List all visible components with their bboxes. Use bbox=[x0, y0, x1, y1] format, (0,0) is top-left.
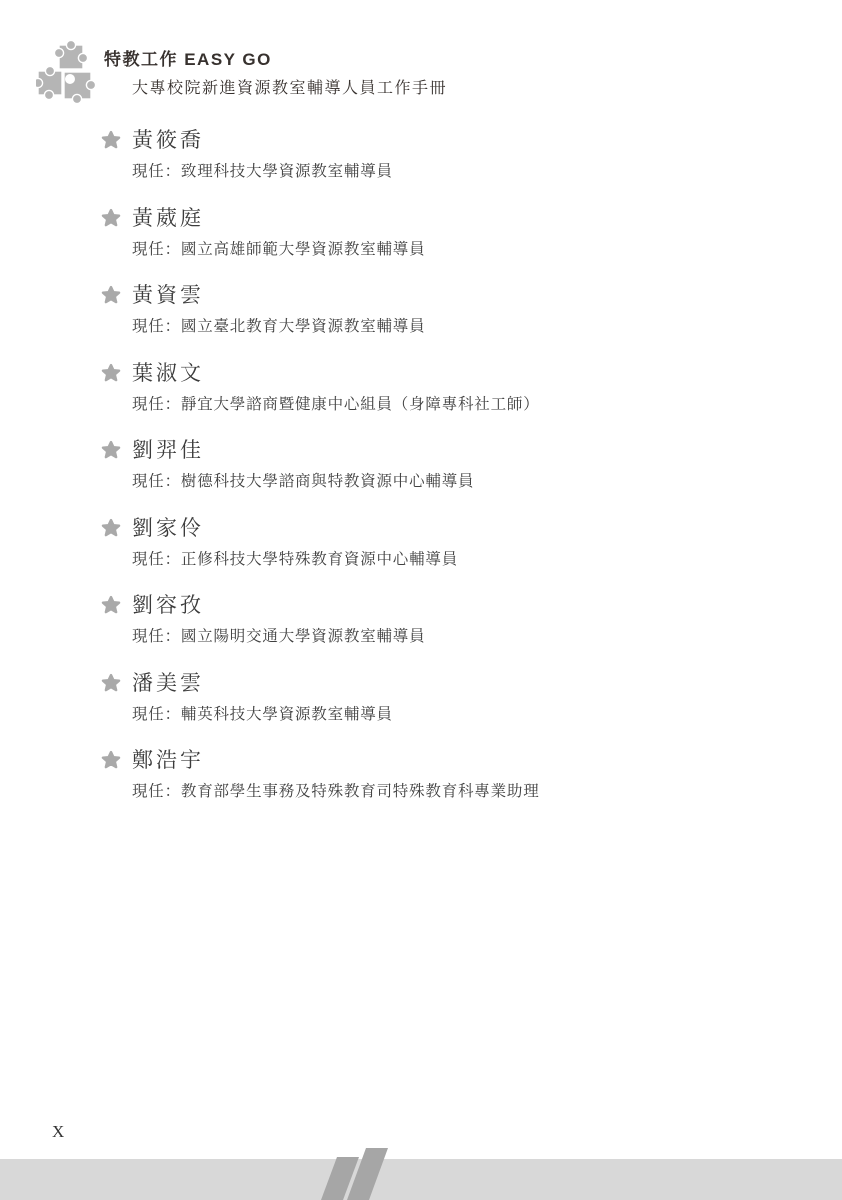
footer-gray-band bbox=[0, 1159, 842, 1200]
person-role: 現任：樹德科技大學諮商與特教資源中心輔導員 bbox=[132, 472, 801, 491]
person-name: 黃資雲 bbox=[132, 283, 801, 307]
star-icon bbox=[101, 750, 121, 770]
person-entry: 葉淑文 現任：靜宜大學諮商暨健康中心組員（身障專科社工師） bbox=[101, 361, 801, 414]
person-entry: 黃資雲 現任：國立臺北教育大學資源教室輔導員 bbox=[101, 283, 801, 336]
person-entry: 潘美雲 現任：輔英科技大學資源教室輔導員 bbox=[101, 671, 801, 724]
book-subtitle: 大專校院新進資源教室輔導人員工作手冊 bbox=[132, 75, 447, 98]
star-icon bbox=[101, 130, 121, 150]
person-role: 現任：國立臺北教育大學資源教室輔導員 bbox=[132, 317, 801, 336]
person-role: 現任：輔英科技大學資源教室輔導員 bbox=[132, 705, 801, 724]
person-name: 劉家伶 bbox=[132, 516, 801, 540]
book-title: 特教工作 EASY GO bbox=[104, 45, 272, 70]
page-number: X bbox=[52, 1122, 64, 1142]
person-entry: 鄭浩宇 現任：教育部學生事務及特殊教育司特殊教育科專業助理 bbox=[101, 748, 801, 801]
person-name: 劉羿佳 bbox=[132, 438, 801, 462]
person-name: 劉容孜 bbox=[132, 593, 801, 617]
person-name: 黃筱喬 bbox=[132, 128, 801, 152]
person-name: 潘美雲 bbox=[132, 671, 801, 695]
person-role: 現任：國立高雄師範大學資源教室輔導員 bbox=[132, 240, 801, 259]
puzzle-logo-icon bbox=[36, 40, 98, 108]
star-icon bbox=[101, 673, 121, 693]
person-role: 現任：靜宜大學諮商暨健康中心組員（身障專科社工師） bbox=[132, 395, 801, 414]
person-entry: 劉容孜 現任：國立陽明交通大學資源教室輔導員 bbox=[101, 593, 801, 646]
person-entry: 劉羿佳 現任：樹德科技大學諮商與特教資源中心輔導員 bbox=[101, 438, 801, 491]
handbook-page: 特教工作 EASY GO 大專校院新進資源教室輔導人員工作手冊 黃筱喬 現任：致… bbox=[0, 0, 842, 1200]
person-entry: 黃葳庭 現任：國立高雄師範大學資源教室輔導員 bbox=[101, 206, 801, 259]
star-icon bbox=[101, 208, 121, 228]
person-role: 現任：正修科技大學特殊教育資源中心輔導員 bbox=[132, 550, 801, 569]
person-name: 鄭浩宇 bbox=[132, 748, 801, 772]
person-entry: 黃筱喬 現任：致理科技大學資源教室輔導員 bbox=[101, 128, 801, 181]
star-icon bbox=[101, 285, 121, 305]
star-icon bbox=[101, 595, 121, 615]
person-role: 現任：致理科技大學資源教室輔導員 bbox=[132, 162, 801, 181]
person-role: 現任：教育部學生事務及特殊教育司特殊教育科專業助理 bbox=[132, 782, 801, 801]
star-icon bbox=[101, 440, 121, 460]
person-name: 黃葳庭 bbox=[132, 206, 801, 230]
person-role: 現任：國立陽明交通大學資源教室輔導員 bbox=[132, 627, 801, 646]
person-entry: 劉家伶 現任：正修科技大學特殊教育資源中心輔導員 bbox=[101, 516, 801, 569]
person-name: 葉淑文 bbox=[132, 361, 801, 385]
star-icon bbox=[101, 518, 121, 538]
footer-decoration bbox=[0, 1148, 842, 1200]
star-icon bbox=[101, 363, 121, 383]
